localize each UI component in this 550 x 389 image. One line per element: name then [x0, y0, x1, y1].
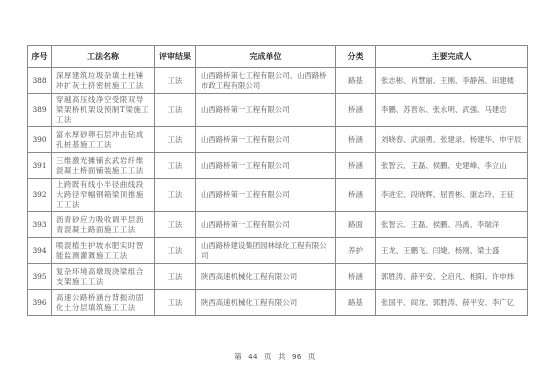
header-category: 分类 — [336, 46, 376, 68]
table-row: 390 富水厚砂卵石层冲击钻成孔桩基施工工法 工法 山西路桥第一工程有限公司 桥… — [28, 127, 528, 153]
cell-category: 桥涵 — [336, 127, 376, 153]
cell-method-name: 高速公路桥涵台背振动固化土分层填筑施工工法 — [52, 290, 155, 316]
cell-main-completers: 王龙、王鹏飞、闫婕、杨刚、梁士盛 — [376, 238, 528, 264]
document-page: 序号 工法名称 评审结果 完成单位 分类 主要完成人 388 深厚建筑垃圾杂填土… — [0, 0, 550, 389]
table-row: 394 喷混植生护坡水肥实时智能监测灌溉施工工法 工法 山西路桥建设集团园林绿化… — [28, 238, 528, 264]
header-completing-unit: 完成单位 — [196, 46, 336, 68]
table-row: 391 三维激光摊铺玄武岩纤维混凝土桥面铺装施工工法 工法 山西路桥第一工程有限… — [28, 153, 528, 179]
table-row: 393 沥青砂应力吸收调平层沥青混凝土路面施工工法 工法 山西路桥第一工程有限公… — [28, 212, 528, 238]
table-row: 395 复杂环境高墩现浇梁组合支架施工工法 工法 陕西高速机械化工程有限公司 桥… — [28, 264, 528, 290]
cell-no: 394 — [28, 238, 52, 264]
cell-review-result: 工法 — [155, 212, 196, 238]
cell-category: 路基 — [336, 68, 376, 94]
header-no: 序号 — [28, 46, 52, 68]
cell-main-completers: 张国平、阎龙、郭胜涛、薛平安、李广亿 — [376, 290, 528, 316]
cell-method-name: 沥青砂应力吸收调平层沥青混凝土路面施工工法 — [52, 212, 155, 238]
cell-category: 养护 — [336, 238, 376, 264]
cell-method-name: 复杂环境高墩现浇梁组合支架施工工法 — [52, 264, 155, 290]
cell-review-result: 工法 — [155, 238, 196, 264]
cell-review-result: 工法 — [155, 264, 196, 290]
cell-review-result: 工法 — [155, 290, 196, 316]
cell-review-result: 工法 — [155, 153, 196, 179]
footer-middle: 页 共 — [264, 352, 286, 361]
table-row: 396 高速公路桥涵台背振动固化土分层填筑施工工法 工法 陕西高速机械化工程有限… — [28, 290, 528, 316]
cell-completing-unit: 山西路桥第一工程有限公司 — [196, 212, 336, 238]
cell-category: 路基 — [336, 290, 376, 316]
cell-main-completers: 李进宏、段晓辉、屈晋彬、康志玲、王征 — [376, 179, 528, 212]
cell-completing-unit: 山西路桥第一工程有限公司 — [196, 127, 336, 153]
cell-main-completers: 郭胜涛、薛平安、仝启凡、相阳、许申炜 — [376, 264, 528, 290]
cell-main-completers: 刘晓春、武丽勇、张建录、杨建华、申宇辰 — [376, 127, 528, 153]
current-page-number: 44 — [248, 353, 258, 361]
cell-category: 桥涵 — [336, 264, 376, 290]
total-page-count: 96 — [292, 353, 302, 361]
table-row: 389 穿越高压线净空受限双导梁架桥机架设预制T梁施工工法 工法 山西路桥第一工… — [28, 94, 528, 127]
cell-method-name: 深厚建筑垃圾杂填土柱锤冲扩灰土挤密桩施工工法 — [52, 68, 155, 94]
cell-completing-unit: 山西路桥第一工程有限公司 — [196, 153, 336, 179]
cell-no: 395 — [28, 264, 52, 290]
cell-review-result: 工法 — [155, 127, 196, 153]
cell-review-result: 工法 — [155, 94, 196, 127]
header-main-completers: 主要完成人 — [376, 46, 528, 68]
cell-no: 396 — [28, 290, 52, 316]
cell-no: 391 — [28, 153, 52, 179]
cell-no: 388 — [28, 68, 52, 94]
cell-category: 桥涵 — [336, 94, 376, 127]
cell-completing-unit: 陕西高速机械化工程有限公司 — [196, 290, 336, 316]
cell-completing-unit: 山西路桥建设集团园林绿化工程有限公司 — [196, 238, 336, 264]
cell-main-completers: 张智云、王磊、侯鹏、冯禹、李瑞洋 — [376, 212, 528, 238]
cell-no: 390 — [28, 127, 52, 153]
cell-method-name: 上跨既有线小半径曲线段大跨径窄幅钢箱梁顶推施工工法 — [52, 179, 155, 212]
cell-completing-unit: 山西路桥第一工程有限公司 — [196, 94, 336, 127]
cell-method-name: 三维激光摊铺玄武岩纤维混凝土桥面铺装施工工法 — [52, 153, 155, 179]
cell-no: 392 — [28, 179, 52, 212]
table-row: 388 深厚建筑垃圾杂填土柱锤冲扩灰土挤密桩施工工法 工法 山西路桥第七工程有限… — [28, 68, 528, 94]
cell-no: 393 — [28, 212, 52, 238]
cell-review-result: 工法 — [155, 179, 196, 212]
cell-category: 桥涵 — [336, 179, 376, 212]
cell-method-name: 穿越高压线净空受限双导梁架桥机架设预制T梁施工工法 — [52, 94, 155, 127]
cell-completing-unit: 陕西高速机械化工程有限公司 — [196, 264, 336, 290]
footer-suffix: 页 — [308, 352, 316, 361]
cell-category: 桥涵 — [336, 153, 376, 179]
footer-prefix: 第 — [234, 352, 242, 361]
cell-method-name: 富水厚砂卵石层冲击钻成孔桩基施工工法 — [52, 127, 155, 153]
table-header-row: 序号 工法名称 评审结果 完成单位 分类 主要完成人 — [28, 46, 528, 68]
cell-completing-unit: 山西路桥第一工程有限公司 — [196, 179, 336, 212]
cell-review-result: 工法 — [155, 68, 196, 94]
cell-main-completers: 张智云、王磊、侯鹏、史建峰、李立山 — [376, 153, 528, 179]
cell-main-completers: 张志彬、肖慧丽、王刚、李静茜、田建楼 — [376, 68, 528, 94]
cell-no: 389 — [28, 94, 52, 127]
header-method-name: 工法名称 — [52, 46, 155, 68]
table-row: 392 上跨既有线小半径曲线段大跨径窄幅钢箱梁顶推施工工法 工法 山西路桥第一工… — [28, 179, 528, 212]
page-number-footer: 第 44 页 共 96 页 — [0, 351, 550, 362]
header-review-result: 评审结果 — [155, 46, 196, 68]
cell-category: 路面 — [336, 212, 376, 238]
cell-completing-unit: 山西路桥第七工程有限公司、山西路桥市政工程有限公司 — [196, 68, 336, 94]
cell-method-name: 喷混植生护坡水肥实时智能监测灌溉施工工法 — [52, 238, 155, 264]
construction-method-award-table: 序号 工法名称 评审结果 完成单位 分类 主要完成人 388 深厚建筑垃圾杂填土… — [27, 45, 528, 316]
cell-main-completers: 李鹏、苏晋东、张永明、武强、马建忠 — [376, 94, 528, 127]
